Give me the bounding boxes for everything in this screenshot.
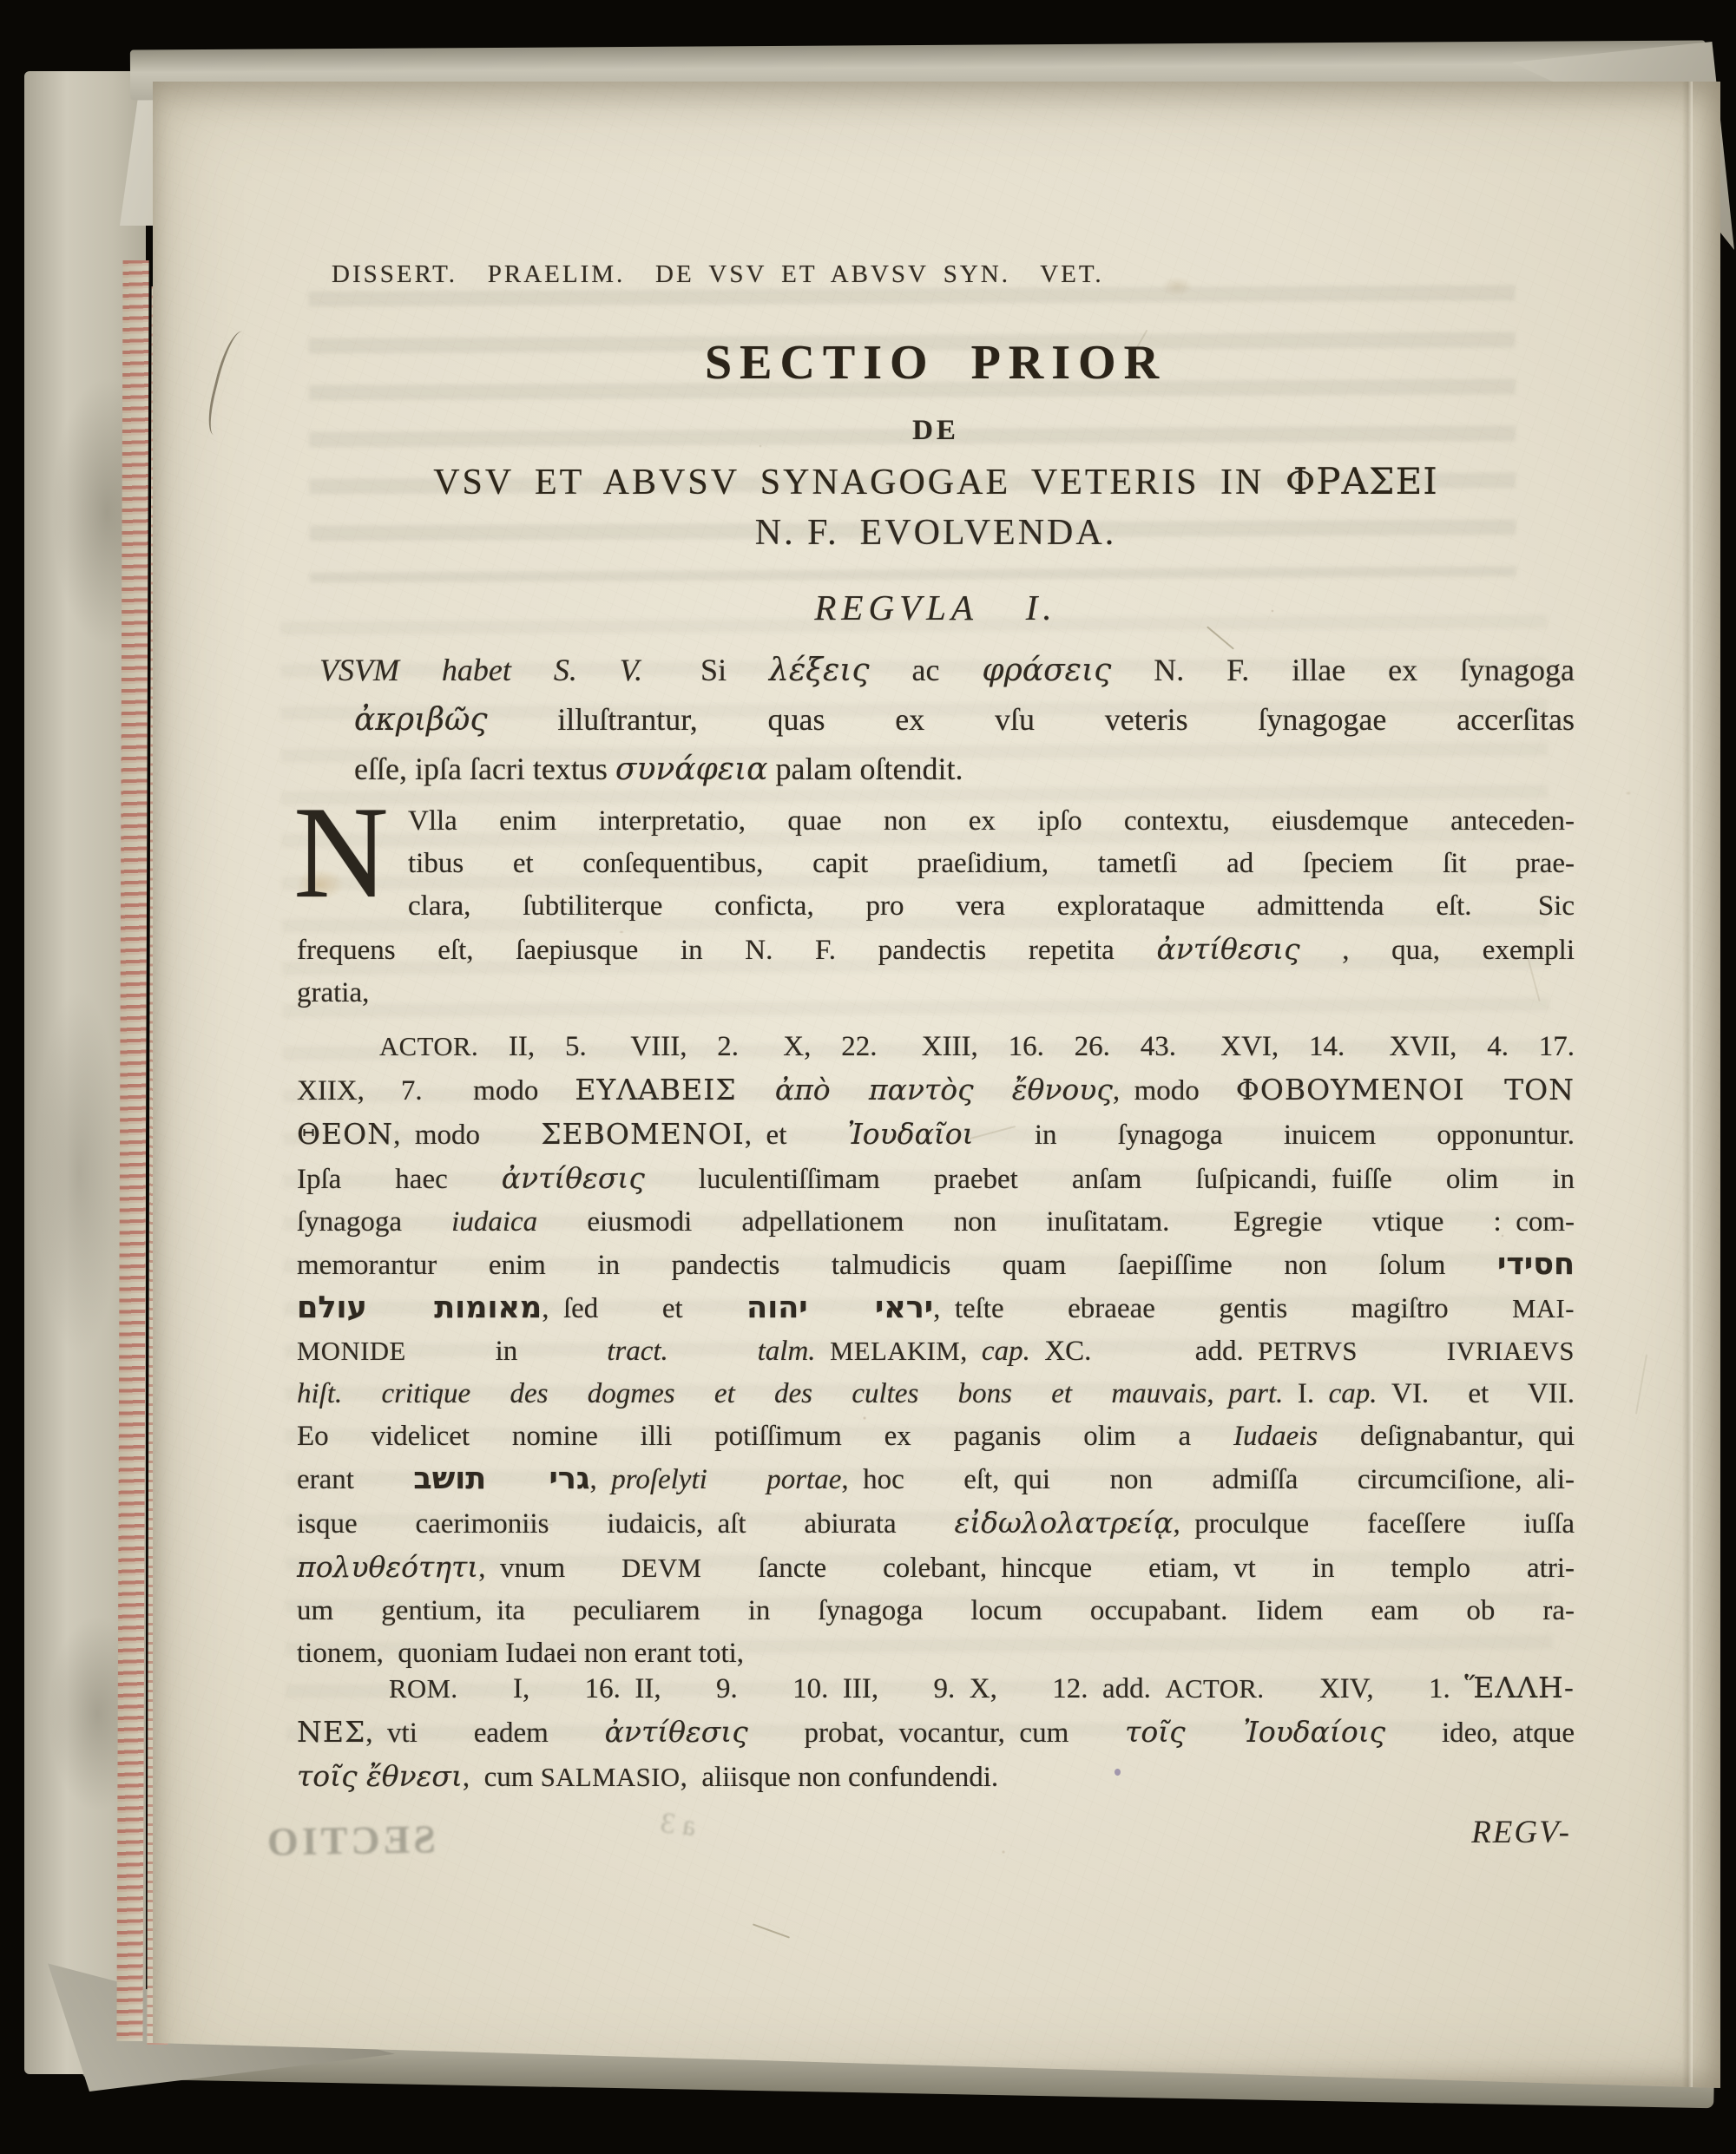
text-segment: , teſte ebraeae gentis magiſtro [933, 1293, 1512, 1324]
text-segment: N. F. illae ex ſynagoga [1111, 653, 1575, 687]
text-segment: PETRVS IVRIAEVS [1258, 1336, 1575, 1366]
text-segment: , [1207, 1378, 1228, 1409]
title-line4: N. F. EVOLVENDA. [297, 512, 1575, 554]
text-line: isque caerimoniis iudaicis, aſt abiurata… [297, 1501, 1575, 1546]
text-segment: , hoc eſt, qui non admiſſa circumciſione… [841, 1464, 1575, 1495]
text-segment: iudaica [451, 1206, 537, 1238]
text-segment: part. [1228, 1378, 1283, 1409]
text-line: SECTIO PRIOR [297, 335, 1575, 391]
text-segment: ACTOR. [1165, 1674, 1264, 1704]
regula-heading: REGVLA I. [297, 587, 1575, 628]
text-segment: luculentiſſimam praebet anſam ſuſpicandi… [645, 1164, 1575, 1195]
text-segment: DEVM [621, 1553, 701, 1583]
text-segment: in ſynagoga inuicem opponuntur. [974, 1120, 1575, 1151]
text-segment: deſignabantur, qui [1318, 1421, 1575, 1452]
paragraph-citation: ACTOR. II, 5. VIII, 2. X, 22. XIII, 16. … [297, 1026, 1575, 1675]
text-line: gratia, [297, 972, 1575, 1015]
text-line: N. F. EVOLVENDA. [297, 512, 1575, 554]
text-segment: DISSERT. PRAELIM. DE VSV ET ABVSV SYN. V… [332, 260, 1104, 288]
text-line: ΝΕΣ, vti eadem ἀντίθεσις probat, vocantu… [297, 1711, 1575, 1755]
text-line: ACTOR. II, 5. VIII, 2. X, 22. XIII, 16. … [297, 1026, 1575, 1068]
text-segment: VI. et VII. [1378, 1378, 1575, 1409]
text-segment: ἀντίθεσις [1157, 932, 1300, 966]
text-segment: tibus et conſequentibus, capit praeſidiu… [408, 848, 1575, 879]
section-title: SECTIO PRIOR [297, 335, 1575, 391]
text-segment: ἝΛΛΗ- [1464, 1671, 1575, 1704]
text-segment: proſelyti portae [611, 1464, 841, 1495]
text-line: frequens eſt, ſaepiusque in N. F. pandec… [297, 928, 1575, 972]
text-line: ἀκριβῶς illuſtrantur, quas ex vſu veteri… [354, 695, 1575, 745]
text-segment: ac [870, 653, 983, 687]
book-photo: SECTIO a 3 N REGV- DISSERT. PRAELIM. DE … [0, 0, 1736, 2154]
text-line: VSVM habet S. V. Si λέξεις ac φράσεις N.… [297, 646, 1575, 695]
text-line: DISSERT. PRAELIM. DE VSV ET ABVSV SYN. V… [332, 260, 1286, 289]
text-segment: , ſed et [542, 1293, 746, 1324]
text-line: MONIDE in tract. talm. MELAKIM, cap. XC.… [297, 1330, 1575, 1373]
text-segment: MELAKIM [830, 1336, 960, 1366]
text-line: מאומות עולם, ſed et יראי יהוה, teſte ebr… [297, 1287, 1575, 1330]
text-segment: memorantur enim in pandectis talmudicis … [297, 1250, 1497, 1281]
text-line: REGVLA I. [297, 587, 1575, 628]
text-segment: , et [745, 1120, 848, 1151]
text-segment: probat, vocantur, cum [748, 1717, 1125, 1749]
text-segment: ſancte colebant, hincque etiam, vt in te… [701, 1553, 1575, 1584]
text-segment: cap. [982, 1336, 1030, 1367]
text-line: clara, ſubtiliterque conficta, pro vera … [408, 885, 1575, 928]
text-segment: , qua, exempli [1300, 935, 1575, 966]
text-segment: ΦΟΒΟΥΜΕΝΟΙ ΤΟΝ [1236, 1073, 1575, 1107]
text-line: hiſt. critique des dogmes et des cultes … [297, 1373, 1575, 1415]
text-segment: Eo videlicet nomine illi potiſſimum ex p… [297, 1421, 1233, 1452]
text-line: XIIX, 7. modo ΕΥΛΑΒΕΙΣ ἀπὸ παντὸς ἔθνους… [297, 1068, 1575, 1113]
text-segment: συνάφεια [615, 752, 768, 787]
text-segment: ROM. [389, 1674, 458, 1704]
text-segment: , cum [463, 1762, 541, 1793]
text-segment: יראי יהוה [746, 1290, 933, 1325]
text-line: um gentium, ita peculiarem in ſynagoga l… [297, 1590, 1575, 1632]
text-segment: τοῖς ἔθνεσι [297, 1759, 463, 1793]
text-segment: ΝΕΣ [297, 1715, 365, 1749]
text-segment: XIIX, 7. modo [297, 1075, 575, 1107]
text-segment: מאומות עולם [297, 1290, 542, 1325]
text-segment: palam oſtendit. [768, 752, 963, 786]
text-segment: isque caerimoniis iudaicis, aſt abiurata [297, 1508, 954, 1540]
text-segment: clara, ſubtiliterque conficta, pro vera … [408, 890, 1575, 922]
paragraph-rom: ROM. I, 16. II, 9. 10. III, 9. X, 12. ad… [297, 1666, 1575, 1799]
text-segment: , aliisque non confundendi. [681, 1762, 999, 1793]
text-segment: Iudaeis [1233, 1421, 1318, 1452]
title-de: DE [297, 415, 1575, 447]
text-segment: tionem, quoniam Iudaei non erant toti, [297, 1638, 744, 1669]
text-segment: ΘΕΟΝ [297, 1117, 393, 1151]
text-line: erant גרי תושב, proſelyti portae, hoc eſ… [297, 1458, 1575, 1501]
text-segment: גרי תושב [413, 1461, 589, 1496]
text-segment: MAI- [1512, 1294, 1575, 1323]
text-segment: II, 5. VIII, 2. X, 22. XIII, 16. 26. 43.… [478, 1031, 1575, 1062]
text-line: Vlla enim interpretatio, quae non ex ipſ… [408, 800, 1575, 843]
text-segment: tract. talm. [607, 1336, 815, 1367]
text-segment: ΣΕΒΟΜΕΝΟΙ [541, 1117, 745, 1151]
text-segment: , modo [1113, 1075, 1236, 1107]
text-segment: I. [1283, 1378, 1328, 1409]
text-segment: , modo [393, 1120, 541, 1151]
text-segment: cap. [1329, 1378, 1378, 1409]
text-segment: MONIDE [297, 1336, 406, 1366]
text-line: Eo videlicet nomine illi potiſſimum ex p… [297, 1415, 1575, 1458]
text-line: τοῖς ἔθνεσι, cum SALMASIO, aliisque non … [297, 1755, 1575, 1799]
text-segment: λέξεις [769, 653, 870, 688]
text-segment: frequens eſt, ſaepiusque in N. F. pandec… [297, 935, 1157, 966]
text-segment: erant [297, 1464, 413, 1495]
catchword: REGV- [1471, 1814, 1571, 1851]
text-segment: , vnum [478, 1553, 621, 1584]
text-segment: ἀντίθεσις [502, 1161, 645, 1195]
text-segment: Vlla enim interpretatio, quae non ex ipſ… [408, 805, 1575, 837]
text-segment [816, 1336, 831, 1367]
text-segment: חסידי [1497, 1247, 1575, 1282]
text-line: tibus et conſequentibus, capit praeſidiu… [408, 843, 1575, 885]
running-header: DISSERT. PRAELIM. DE VSV ET ABVSV SYN. V… [332, 260, 1286, 289]
text-segment: , vti eadem [365, 1717, 604, 1749]
text-segment: DE [912, 415, 959, 446]
text-line: Ipſa haec ἀντίθεσις luculentiſſimam prae… [297, 1157, 1575, 1201]
paragraph-body: Vlla enim interpretatio, quae non ex ipſ… [297, 800, 1575, 1015]
text-segment: , proculque faceſſere iuſſa [1173, 1508, 1575, 1540]
text-segment: ἀπὸ παντὸς ἔθνους [737, 1073, 1113, 1107]
text-segment: illuſtrantur, quas ex vſu veteris ſynago… [488, 702, 1575, 737]
text-line: ROM. I, 16. II, 9. 10. III, 9. X, 12. ad… [297, 1666, 1575, 1711]
text-segment: ἀντίθεσις [605, 1715, 748, 1749]
text-line: ΘΕΟΝ, modo ΣΕΒΟΜΕΝΟΙ, et Ἰουδαῖοι in ſyn… [297, 1113, 1575, 1157]
text-segment: , [960, 1336, 982, 1367]
page-paper: SECTIO a 3 N REGV- DISSERT. PRAELIM. DE … [153, 82, 1720, 2088]
text-segment: eiusmodi adpellationem non inuſitatam. E… [537, 1206, 1575, 1238]
text-segment: φράσεις [982, 653, 1111, 688]
text-line: VSV ET ABVSV SYNAGOGAE VETERIS IN ΦΡΑΣΕΙ [297, 460, 1575, 503]
text-segment: εἰδωλολατρείᾳ [954, 1506, 1173, 1540]
text-segment: REGVLA I. [814, 588, 1056, 627]
text-segment: SECTIO PRIOR [705, 336, 1167, 390]
text-segment: eſſe, ipſa ſacri textus [354, 752, 615, 786]
text-segment: I, 16. II, 9. 10. III, 9. X, 12. add. [458, 1673, 1166, 1704]
text-line: DE [297, 415, 1575, 447]
text-segment: ΕΥΛΑΒΕΙΣ [575, 1073, 736, 1107]
text-segment: Ἰουδαῖοι [848, 1117, 974, 1151]
text-block: N REGV- DISSERT. PRAELIM. DE VSV ET ABVS… [297, 260, 1575, 1918]
text-segment: Si [642, 653, 769, 687]
text-line: memorantur enim in pandectis talmudicis … [297, 1244, 1575, 1287]
text-segment: ἀκριβῶς [354, 702, 488, 738]
text-segment: Ipſa haec [297, 1164, 502, 1195]
text-line: eſſe, ipſa ſacri textus συνάφεια palam o… [354, 745, 1575, 794]
text-segment: in [406, 1336, 607, 1367]
text-segment: ſynagoga [297, 1206, 451, 1238]
text-segment: , [589, 1464, 611, 1495]
text-segment: ΦΡΑΣΕΙ [1286, 460, 1438, 502]
text-segment: XC. add. [1030, 1336, 1258, 1367]
title-line3: VSV ET ABVSV SYNAGOGAE VETERIS IN ΦΡΑΣΕΙ [297, 460, 1575, 503]
paragraph-rule: VSVM habet S. V. Si λέξεις ac φράσεις N.… [297, 646, 1575, 794]
text-segment: VSVM habet S. V. [319, 653, 642, 687]
text-segment: ACTOR. [379, 1032, 478, 1061]
text-segment: ideo, atque [1385, 1717, 1575, 1749]
text-segment: πολυθεότητι [297, 1550, 478, 1584]
text-segment: XIV, 1. [1265, 1673, 1465, 1704]
text-segment: gratia, [297, 977, 369, 1008]
text-line: ſynagoga iudaica eiusmodi adpellationem … [297, 1201, 1575, 1244]
text-line: πολυθεότητι, vnum DEVM ſancte colebant, … [297, 1546, 1575, 1590]
text-segment: SALMASIO [541, 1763, 681, 1792]
text-segment: um gentium, ita peculiarem in ſynagoga l… [297, 1595, 1575, 1626]
text-segment: hiſt. critique des dogmes et des cultes … [297, 1378, 1207, 1409]
text-segment: N. F. EVOLVENDA. [755, 513, 1116, 553]
text-segment: τοῖς Ἰουδαίοις [1125, 1715, 1385, 1749]
text-segment: VSV ET ABVSV SYNAGOGAE VETERIS IN [433, 463, 1286, 502]
